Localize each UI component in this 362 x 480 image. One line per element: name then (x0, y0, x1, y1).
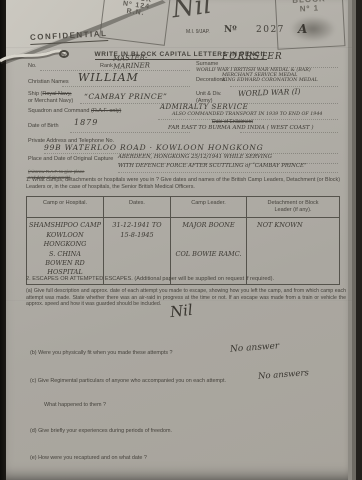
col-header-detachment: Detachment or Block Leader (if any). (247, 197, 339, 218)
form-line (118, 172, 338, 173)
question-d: (d) Give briefly your experiences during… (30, 428, 172, 435)
capture-label: Place and Date of Original Capture (28, 156, 116, 163)
form-line (230, 86, 338, 87)
cell-dates[interactable]: 31-12-1941 TO 15-8-1945 (104, 218, 171, 284)
ship-label: Ship (Royal Navy, or Merchant Navy) (28, 91, 73, 105)
ship-label-suffix: or Merchant Navy) (28, 98, 73, 104)
dob-label: Date of Birth (28, 123, 59, 130)
question-c2: What happened to them ? (44, 402, 106, 409)
no-label: No. (28, 63, 37, 70)
form-line (238, 103, 338, 104)
cell-camp[interactable]: SHAMSHIPOO CAMP KOWLOON HONGKONG S. CHIN… (27, 218, 104, 284)
form-line (240, 132, 338, 133)
squadron-value[interactable]: ADMIRALTY SERVICE (160, 103, 248, 111)
form-line (215, 67, 338, 68)
question-e: (e) How were you recaptured and on what … (30, 455, 147, 462)
headline: WRITE IN BLOCK CAPITAL LETTERS IN PENCIL (0, 51, 362, 59)
form-line (44, 153, 338, 154)
squadron-label-struck: (R.A.F. only) (91, 108, 121, 114)
cell-leader[interactable]: MAJOR BOONE COL BOWIE RAMC. (171, 218, 247, 284)
enlistment-note[interactable]: FAR EAST TO BURMA AND INDIA ( WEST COAST… (168, 125, 313, 131)
ship-value[interactable]: “CAMBAY PRINCE” (84, 92, 167, 101)
section1-question: 1. What camps, detachments or hospitals … (26, 177, 340, 191)
capture-value[interactable]: ABERDEEN, HONGKONG 25/12/1941 WHILE SERV… (118, 153, 307, 170)
section2-heading: 2. ESCAPES OR ATTEMPTED ESCAPES. (Additi… (26, 276, 344, 283)
christian-names-label: Christian Names (28, 79, 69, 86)
answer-a[interactable]: Nil (169, 301, 193, 321)
question-c: (c) Give Regimental particulars of anyon… (30, 378, 226, 385)
rank-value[interactable]: MASTER- MARINER (113, 53, 150, 70)
col-header-dates: Dates. (104, 197, 171, 218)
decorations-label: Decorations (196, 77, 225, 84)
address-value[interactable]: 99B WATERLOO ROAD · KOWLOON HONGKONG (44, 143, 264, 152)
mi9-label: M.I. 9/JAP. (186, 29, 210, 35)
block-stamp-right-text: BLOCK Nº 1 (292, 0, 326, 14)
photo-left-edge (0, 0, 6, 480)
decorations-value[interactable]: MERCHANT SERVICE MEDAL KING EDWARD CORON… (222, 73, 318, 83)
col-header-camp: Camp or Hospital. (27, 197, 104, 218)
form-line (70, 132, 190, 133)
scanned-document-photo: BLOCK Nº 124 R.N. Nil BLOCK Nº 1 CONFIDE… (0, 0, 362, 480)
ship-label-prefix: Ship ( (28, 91, 42, 97)
col-header-leader: Camp Leader. (171, 197, 247, 218)
dob-value[interactable]: 1879 (74, 118, 98, 127)
cell-detachment[interactable]: NOT KNOWN (247, 218, 339, 284)
camps-table: Camp or Hospital. Dates. Camp Leader. De… (26, 196, 340, 285)
photo-right-edge (356, 0, 362, 480)
surname-value[interactable]: FORRSTER (222, 52, 283, 62)
block-stamp-left: BLOCK Nº 124 R.N. (99, 0, 171, 46)
form-line (62, 86, 190, 87)
form-line (80, 103, 190, 104)
form-line (40, 70, 190, 71)
ship-label-struck: Royal Navy, (42, 91, 71, 97)
block-stamp-left-text: BLOCK Nº 124 R.N. (122, 0, 153, 17)
serial-no-symbol: Nº (224, 25, 237, 36)
question-b: (b) Were you physically fit when you mad… (30, 350, 173, 357)
form-line (158, 119, 338, 120)
squadron-label: Squadron and Command (R.A.F. only) (28, 108, 121, 115)
serial-letter[interactable]: A (298, 22, 307, 36)
christian-names-value[interactable]: WILLIAM (78, 71, 139, 84)
serial-number: 2027 (256, 25, 285, 36)
squadron-label-text: Squadron and Command (28, 108, 89, 114)
form-line (118, 163, 338, 164)
squadron-note[interactable]: ALSO COMMANDED TRANSPORT IN 1939 TO END … (172, 112, 322, 117)
rank-label: Rank (100, 63, 113, 70)
